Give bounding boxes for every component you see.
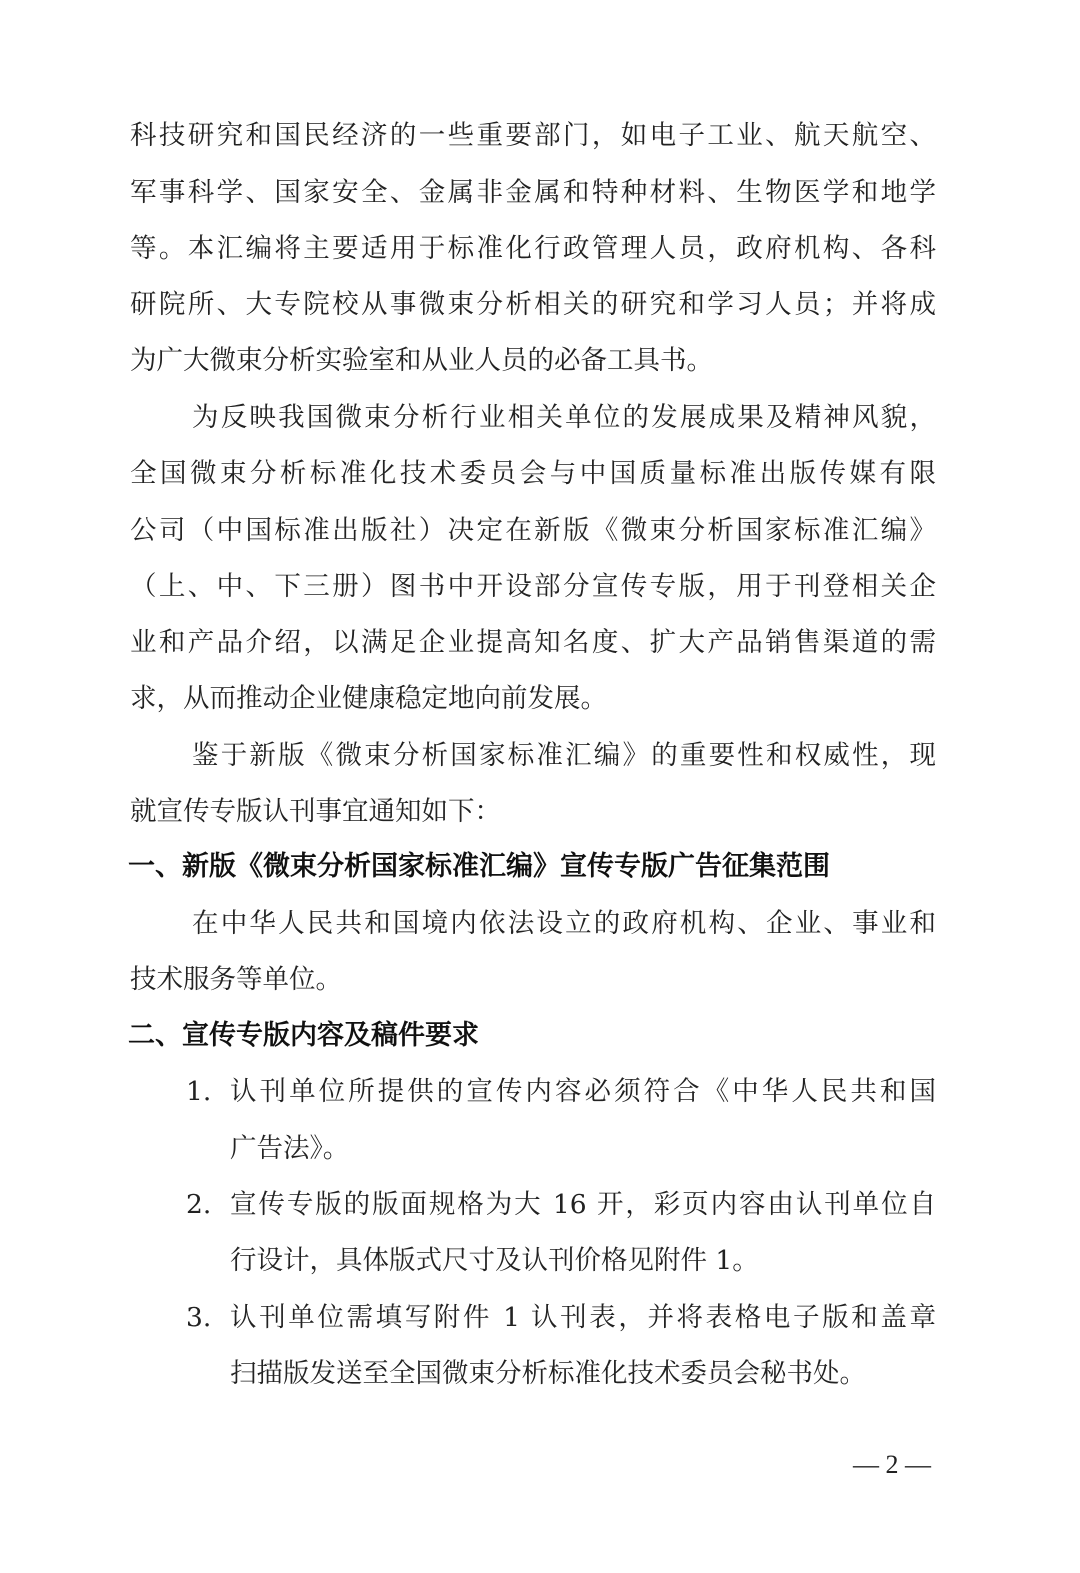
text-line: 研院所、大专院校从事微束分析相关的研究和学习人员；并将成 <box>130 285 936 325</box>
text-line: 为广大微束分析实验室和从业人员的必备工具书。 <box>130 341 936 381</box>
text-line: （上、中、下三册）图书中开设部分宣传专版，用于刊登相关企 <box>130 567 936 607</box>
text-line: 业和产品介绍，以满足企业提高知名度、扩大产品销售渠道的需 <box>130 623 936 663</box>
text-line: 公司（中国标准出版社）决定在新版《微束分析国家标准汇编》 <box>130 511 936 551</box>
text-line: 为反映我国微束分析行业相关单位的发展成果及精神风貌， <box>192 398 936 438</box>
text-line: 在中华人民共和国境内依法设立的政府机构、企业、事业和 <box>192 904 936 944</box>
list-item-number: 1. <box>186 1072 230 1112</box>
section-heading: 二、宣传专版内容及稿件要求 <box>128 1014 479 1058</box>
text-line: 就宣传专版认刊事宜通知如下： <box>130 792 936 832</box>
list-item-number: 2. <box>186 1185 230 1225</box>
section-heading: 一、新版《微束分析国家标准汇编》宣传专版广告征集范围 <box>128 845 830 889</box>
text-line: 扫描版发送至全国微束分析标准化技术委员会秘书处。 <box>230 1354 936 1394</box>
text-line: 广告法》。 <box>230 1129 936 1169</box>
text-line: 技术服务等单位。 <box>130 960 936 1000</box>
text-line: 军事科学、国家安全、金属非金属和特种材料、生物医学和地学 <box>130 173 936 213</box>
text-line: 科技研究和国民经济的一些重要部门，如电子工业、航天航空、 <box>130 116 936 156</box>
document-page: 科技研究和国民经济的一些重要部门，如电子工业、航天航空、 军事科学、国家安全、金… <box>0 0 1080 1573</box>
text-line: 全国微束分析标准化技术委员会与中国质量标准出版传媒有限 <box>130 454 936 494</box>
text-line: 鉴于新版《微束分析国家标准汇编》的重要性和权威性，现 <box>192 736 936 776</box>
text-line: 认刊单位需填写附件 1 认刊表，并将表格电子版和盖章 <box>230 1298 936 1338</box>
text-line: 行设计，具体版式尺寸及认刊价格见附件 1。 <box>230 1241 936 1281</box>
text-line: 宣传专版的版面规格为大 16 开，彩页内容由认刊单位自 <box>230 1185 936 1225</box>
text-line: 认刊单位所提供的宣传内容必须符合《中华人民共和国 <box>230 1072 936 1112</box>
text-line: 等。本汇编将主要适用于标准化行政管理人员，政府机构、各科 <box>130 229 936 269</box>
page-number: — 2 — <box>844 1447 940 1483</box>
list-item-number: 3. <box>186 1298 230 1338</box>
text-line: 求，从而推动企业健康稳定地向前发展。 <box>130 679 936 719</box>
